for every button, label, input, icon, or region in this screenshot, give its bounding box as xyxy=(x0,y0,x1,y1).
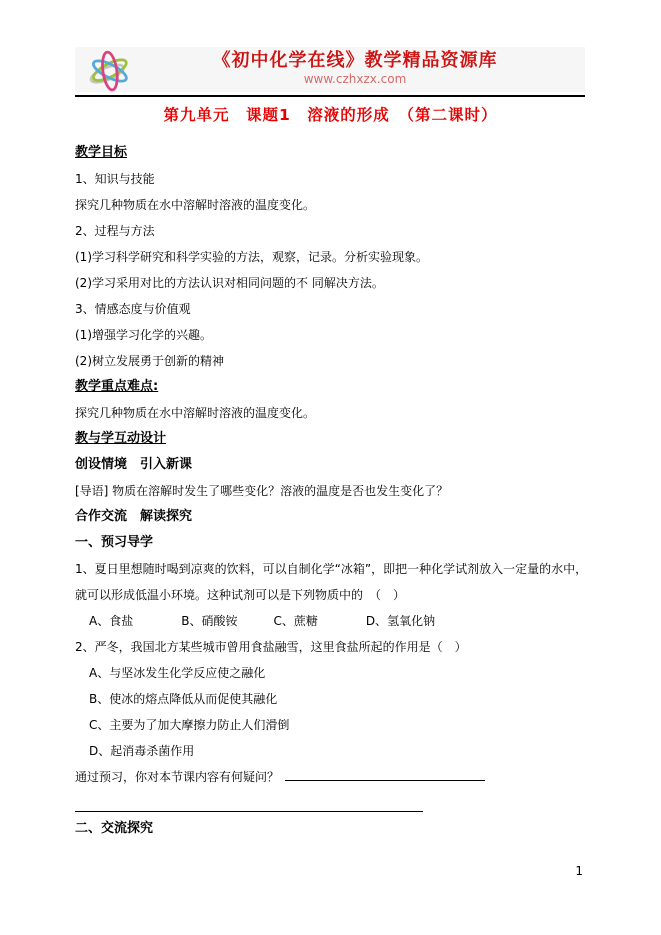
doc-line: A、与坚冰发生化学反应使之融化 xyxy=(75,660,587,686)
doc-line: (2)树立发展勇于创新的精神 xyxy=(75,348,587,374)
doc-line-text: 探究几种物质在水中溶解时溶液的温度变化。 xyxy=(75,406,315,420)
doc-line-text: [导语] 物质在溶解时发生了哪些变化？溶液的温度是否也发生变化了？ xyxy=(75,484,448,498)
header-divider xyxy=(75,95,585,97)
doc-line: 1、知识与技能 xyxy=(75,166,587,192)
document-body: 教学目标1、知识与技能探究几种物质在水中溶解时溶液的温度变化。2、过程与方法(1… xyxy=(75,140,587,842)
doc-line: (1)增强学习化学的兴趣。 xyxy=(75,322,587,348)
section-heading: 二、交流探究 xyxy=(75,816,587,842)
doc-line: 2、严冬，我国北方某些城市曾用食盐融雪，这里食盐所起的作用是（ ） xyxy=(75,634,587,660)
doc-line-text: 就可以形成低温小环境。这种试剂可以是下列物质中的 （ ） xyxy=(75,588,405,602)
doc-line-text: A、食盐 B、硝酸铵 C、蔗糖 D、氢氧化钠 xyxy=(89,614,435,628)
doc-line: 探究几种物质在水中溶解时溶液的温度变化。 xyxy=(75,400,587,426)
section-heading: 创设情境 引入新课 xyxy=(75,452,587,478)
section-heading: 教学重点难点: xyxy=(75,374,587,400)
doc-line-text: (2)学习采用对比的方法认识对相同问题的不 同解决方法。 xyxy=(75,276,384,290)
doc-line-text: 教与学互动设计 xyxy=(75,431,166,446)
atom-logo-icon xyxy=(83,49,135,93)
doc-line-text: 教学目标 xyxy=(75,145,127,160)
doc-line-text: D、起消毒杀菌作用 xyxy=(89,744,194,758)
doc-line-text: 二、交流探究 xyxy=(75,821,153,836)
doc-line-text: 2、过程与方法 xyxy=(75,224,155,238)
doc-line: 探究几种物质在水中溶解时溶液的温度变化。 xyxy=(75,192,587,218)
doc-line-text: (1)增强学习化学的兴趣。 xyxy=(75,328,212,342)
doc-line-text: A、与坚冰发生化学反应使之融化 xyxy=(89,666,265,680)
answer-blank-line xyxy=(75,811,423,812)
doc-line-text: 合作交流 解读探究 xyxy=(75,509,192,524)
doc-line-text: (1)学习科学研究和科学实验的方法，观察，记录。分析实验现象。 xyxy=(75,250,428,264)
section-heading: 合作交流 解读探究 xyxy=(75,504,587,530)
section-heading: 教与学互动设计 xyxy=(75,426,587,452)
doc-line-text: 通过预习，你对本节课内容有何疑问？ xyxy=(75,770,279,784)
doc-line-text: 2、严冬，我国北方某些城市曾用食盐融雪，这里食盐所起的作用是（ ） xyxy=(75,640,467,654)
doc-line-text: 教学重点难点: xyxy=(75,379,158,394)
doc-line: (1)学习科学研究和科学实验的方法，观察，记录。分析实验现象。 xyxy=(75,244,587,270)
site-title: 《初中化学在线》教学精品资源库 xyxy=(135,50,575,72)
document-title: 第九单元 课题1 溶液的形成 （第二课时） xyxy=(0,103,661,125)
answer-blank xyxy=(285,766,485,781)
doc-line-text: C、主要为了加大摩擦力防止人们滑倒 xyxy=(89,718,289,732)
doc-line-text: 创设情境 引入新课 xyxy=(75,457,192,472)
doc-line: 就可以形成低温小环境。这种试剂可以是下列物质中的 （ ） xyxy=(75,582,587,608)
doc-line: D、起消毒杀菌作用 xyxy=(75,738,587,764)
doc-line: 2、过程与方法 xyxy=(75,218,587,244)
document-page: 《初中化学在线》教学精品资源库 www.czhxzx.com 第九单元 课题1 … xyxy=(0,0,661,935)
doc-line-text: 一、预习导学 xyxy=(75,535,153,550)
doc-line-text: 1、知识与技能 xyxy=(75,172,155,186)
site-url: www.czhxzx.com xyxy=(135,72,575,87)
doc-line: B、使冰的熔点降低从而促使其融化 xyxy=(75,686,587,712)
doc-line-text: 1、夏日里想随时喝到凉爽的饮料，可以自制化学“冰箱”，即把一种化学试剂放入一定量… xyxy=(75,562,587,576)
doc-line: [导语] 物质在溶解时发生了哪些变化？溶液的温度是否也发生变化了？ xyxy=(75,478,587,504)
doc-line-text: (2)树立发展勇于创新的精神 xyxy=(75,354,224,368)
doc-line: 1、夏日里想随时喝到凉爽的饮料，可以自制化学“冰箱”，即把一种化学试剂放入一定量… xyxy=(75,556,587,582)
section-heading: 一、预习导学 xyxy=(75,530,587,556)
section-heading: 教学目标 xyxy=(75,140,587,166)
doc-line: (2)学习采用对比的方法认识对相同问题的不 同解决方法。 xyxy=(75,270,587,296)
doc-line-text: 3、情感态度与价值观 xyxy=(75,302,191,316)
doc-line: 3、情感态度与价值观 xyxy=(75,296,587,322)
doc-line-text: B、使冰的熔点降低从而促使其融化 xyxy=(89,692,277,706)
site-header: 《初中化学在线》教学精品资源库 www.czhxzx.com xyxy=(75,47,585,92)
page-number: 1 xyxy=(575,863,583,879)
doc-line-text: 探究几种物质在水中溶解时溶液的温度变化。 xyxy=(75,198,315,212)
site-header-text: 《初中化学在线》教学精品资源库 www.czhxzx.com xyxy=(135,50,575,87)
doc-line: A、食盐 B、硝酸铵 C、蔗糖 D、氢氧化钠 xyxy=(75,608,587,634)
doc-line: 通过预习，你对本节课内容有何疑问？ xyxy=(75,764,587,790)
doc-line: C、主要为了加大摩擦力防止人们滑倒 xyxy=(75,712,587,738)
